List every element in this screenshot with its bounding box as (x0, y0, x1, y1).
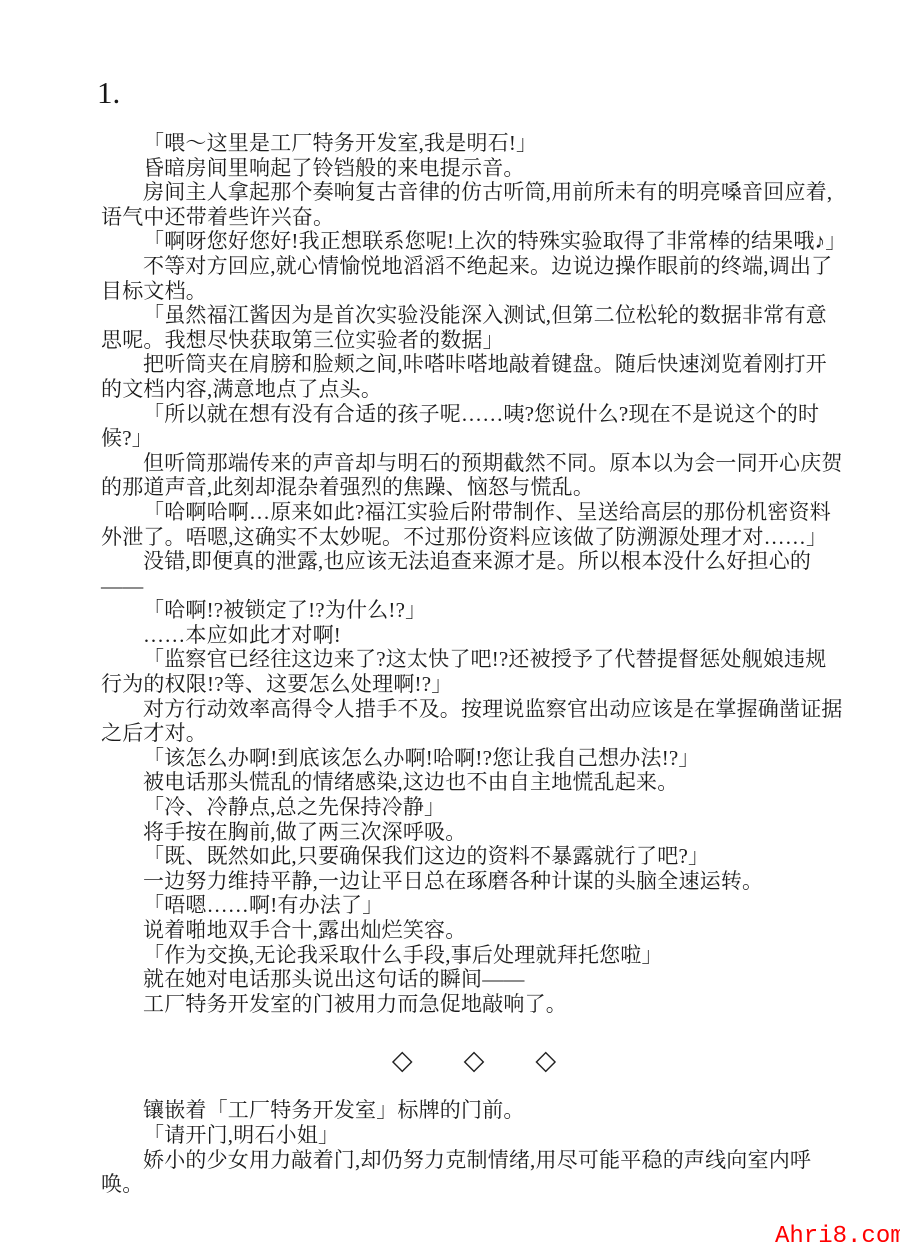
paragraph: 被电话那头慌乱的情绪感染,这边也不由自主地慌乱起来。 (101, 770, 847, 795)
paragraph: 就在她对电话那头说出这句话的瞬间—— (101, 967, 847, 992)
paragraph: 「冷、冷静点,总之先保持冷静」 (101, 795, 847, 820)
paragraph: 房间主人拿起那个奏响复古音律的仿古听筒,用前所未有的明亮嗓音回应着,语气中还带着… (101, 180, 847, 229)
paragraph: 没错,即便真的泄露,也应该无法追查来源才是。所以根本没什么好担心的—— (101, 549, 847, 598)
novel-page: 1. 「喂～这里是工厂特务开发室,我是明石!」昏暗房间里响起了铃铛般的来电提示音… (0, 0, 900, 1259)
body-text: 「喂～这里是工厂特务开发室,我是明石!」昏暗房间里响起了铃铛般的来电提示音。房间… (101, 131, 847, 1197)
paragraph: 不等对方回应,就心情愉悦地滔滔不绝起来。边说边操作眼前的终端,调出了目标文档。 (101, 254, 847, 303)
paragraph: 「唔嗯……啊!有办法了」 (101, 893, 847, 918)
section-2: 镶嵌着「工厂特务开发室」标牌的门前。「请开门,明石小姐」娇小的少女用力敲着门,却… (101, 1098, 847, 1196)
paragraph: 娇小的少女用力敲着门,却仍努力克制情绪,用尽可能平稳的声线向室内呼唤。 (101, 1148, 847, 1197)
paragraph: 工厂特务开发室的门被用力而急促地敲响了。 (101, 992, 847, 1017)
paragraph: 但听筒那端传来的声音却与明石的预期截然不同。原本以为会一同开心庆贺的那道声音,此… (101, 451, 847, 500)
paragraph: 「请开门,明石小姐」 (101, 1123, 847, 1148)
section-divider-diamonds: ◇ ◇ ◇ (101, 1043, 847, 1077)
watermark-text: Ahri8.com (775, 1222, 900, 1252)
section-1: 「喂～这里是工厂特务开发室,我是明石!」昏暗房间里响起了铃铛般的来电提示音。房间… (101, 131, 847, 1016)
paragraph: 镶嵌着「工厂特务开发室」标牌的门前。 (101, 1098, 847, 1123)
paragraph: 一边努力维持平静,一边让平日总在琢磨各种计谋的头脑全速运转。 (101, 869, 847, 894)
paragraph: 「该怎么办啊!到底该怎么办啊!哈啊!?您让我自己想办法!?」 (101, 746, 847, 771)
paragraph: 「哈啊!?被锁定了!?为什么!?」 (101, 598, 847, 623)
chapter-heading: 1. (97, 76, 120, 110)
paragraph: 「虽然福江酱因为是首次实验没能深入测试,但第二位松轮的数据非常有意思呢。我想尽快… (101, 303, 847, 352)
paragraph: 「啊呀您好您好!我正想联系您呢!上次的特殊实验取得了非常棒的结果哦♪」 (101, 229, 847, 254)
paragraph: 昏暗房间里响起了铃铛般的来电提示音。 (101, 156, 847, 181)
paragraph: 「所以就在想有没有合适的孩子呢……咦?您说什么?现在不是说这个的时候?」 (101, 402, 847, 451)
paragraph: 对方行动效率高得令人措手不及。按理说监察官出动应该是在掌握确凿证据之后才对。 (101, 697, 847, 746)
paragraph: 「喂～这里是工厂特务开发室,我是明石!」 (101, 131, 847, 156)
paragraph: 「作为交换,无论我采取什么手段,事后处理就拜托您啦」 (101, 943, 847, 968)
paragraph: 把听筒夹在肩膀和脸颊之间,咔嗒咔嗒地敲着键盘。随后快速浏览着刚打开的文档内容,满… (101, 352, 847, 401)
paragraph: ……本应如此才对啊! (101, 623, 847, 648)
paragraph: 「监察官已经往这边来了?这太快了吧!?还被授予了代替提督惩处舰娘违规行为的权限!… (101, 647, 847, 696)
paragraph: 说着啪地双手合十,露出灿烂笑容。 (101, 918, 847, 943)
paragraph: 将手按在胸前,做了两三次深呼吸。 (101, 820, 847, 845)
paragraph: 「既、既然如此,只要确保我们这边的资料不暴露就行了吧?」 (101, 844, 847, 869)
paragraph: 「哈啊哈啊…原来如此?福江实验后附带制作、呈送给高层的那份机密资料外泄了。唔嗯,… (101, 500, 847, 549)
